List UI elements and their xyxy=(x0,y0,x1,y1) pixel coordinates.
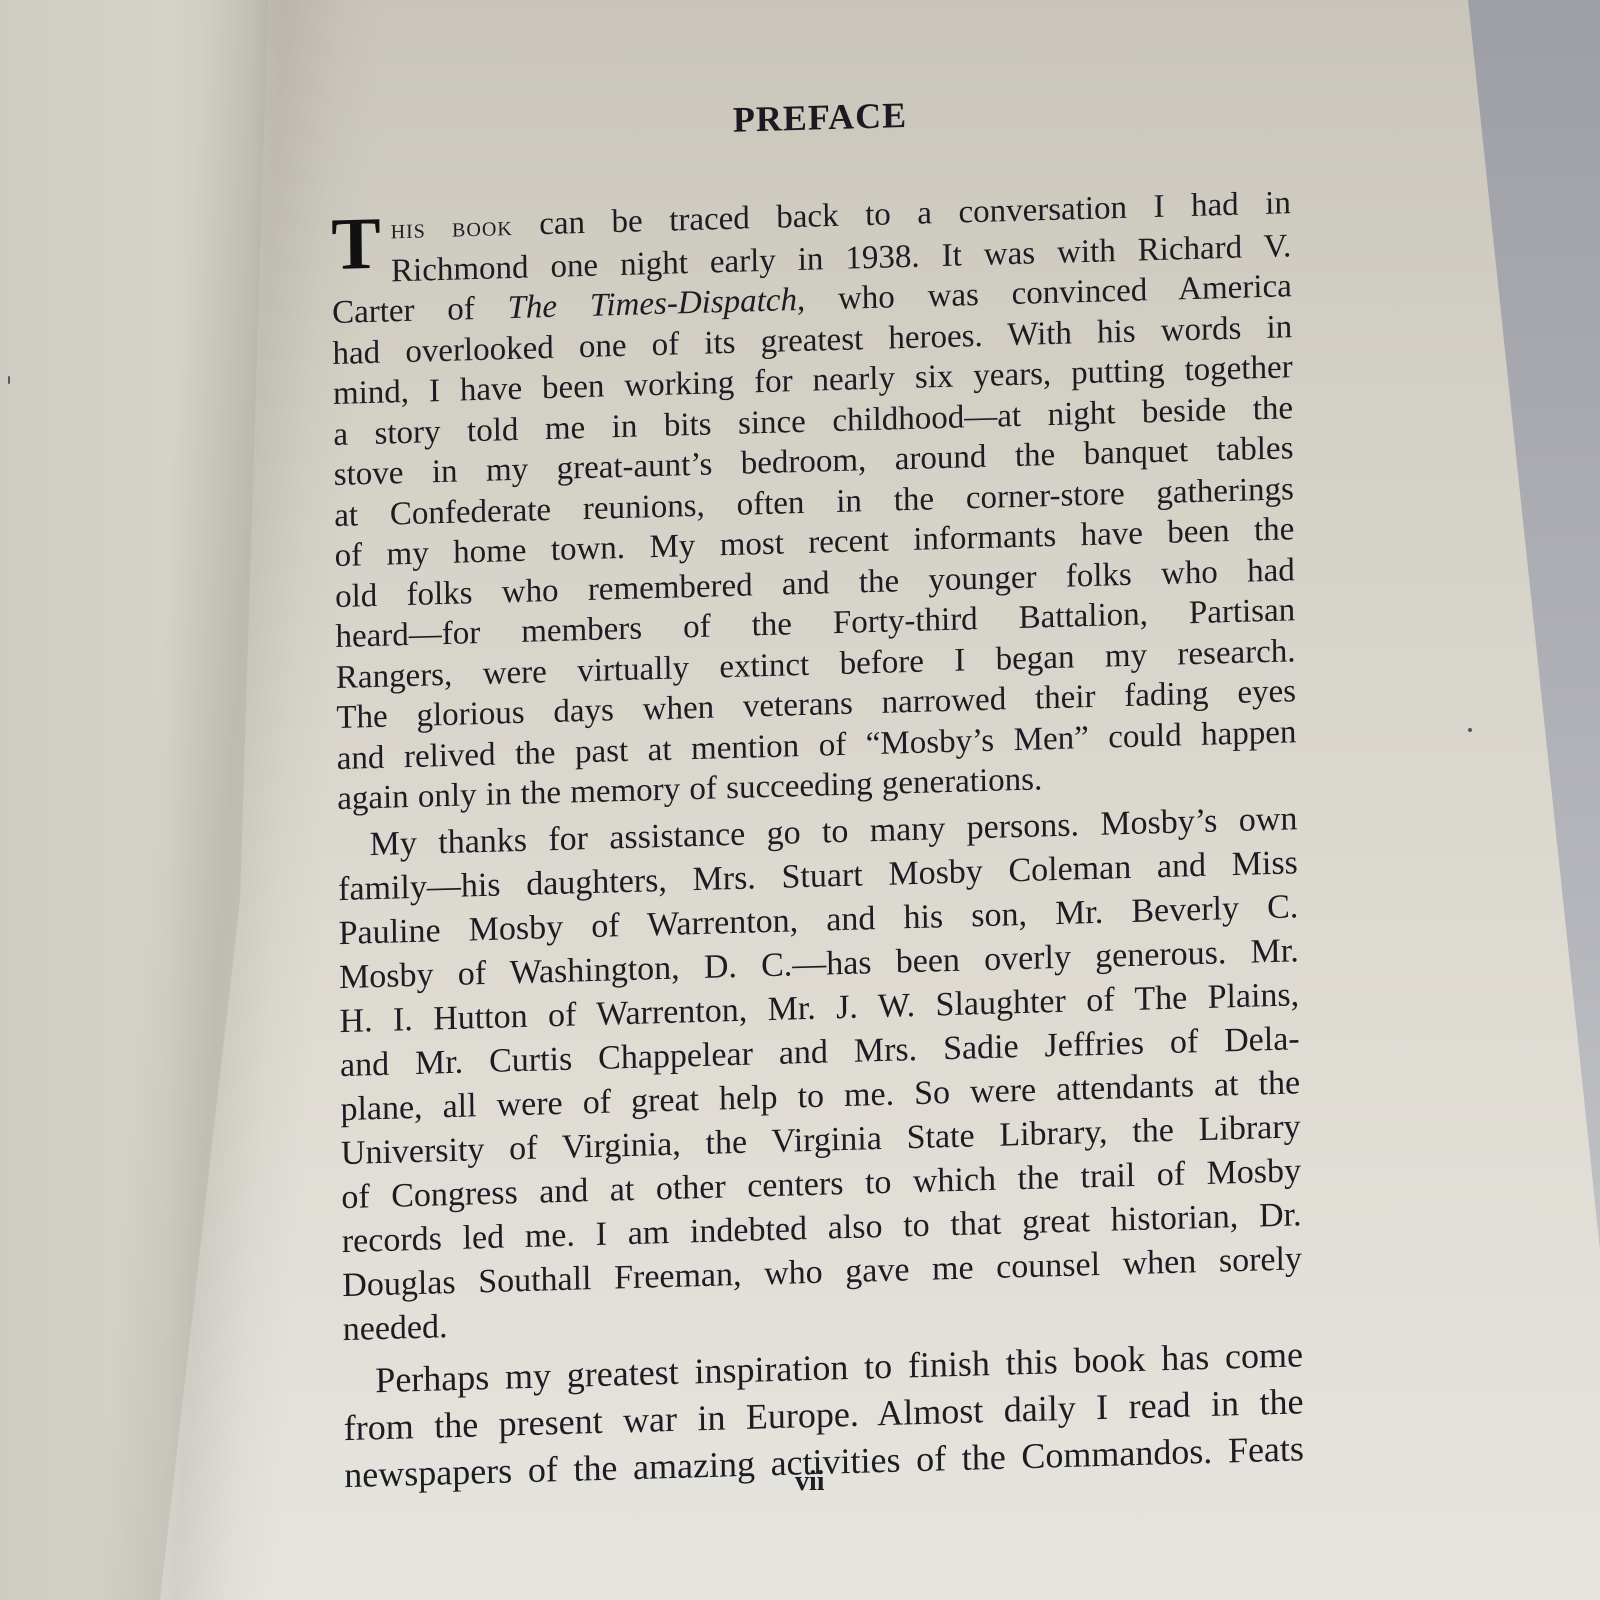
photo-scene: PREFACE T his book can be traced back to… xyxy=(0,0,1600,1600)
paragraph-2: My thanks for assistance go to many pers… xyxy=(337,797,1302,1352)
italic-newspaper-title: The Times-Dispatch, xyxy=(507,282,805,326)
paper-speck xyxy=(1468,728,1472,732)
paragraph-1: T his book can be traced back to a conve… xyxy=(331,183,1297,819)
page-number: vii xyxy=(795,1466,825,1498)
drop-cap: T xyxy=(331,213,381,276)
paper-speck xyxy=(8,376,10,384)
page-text-block: PREFACE T his book can be traced back to… xyxy=(330,83,1304,1498)
small-caps-lead: his book xyxy=(390,211,512,245)
